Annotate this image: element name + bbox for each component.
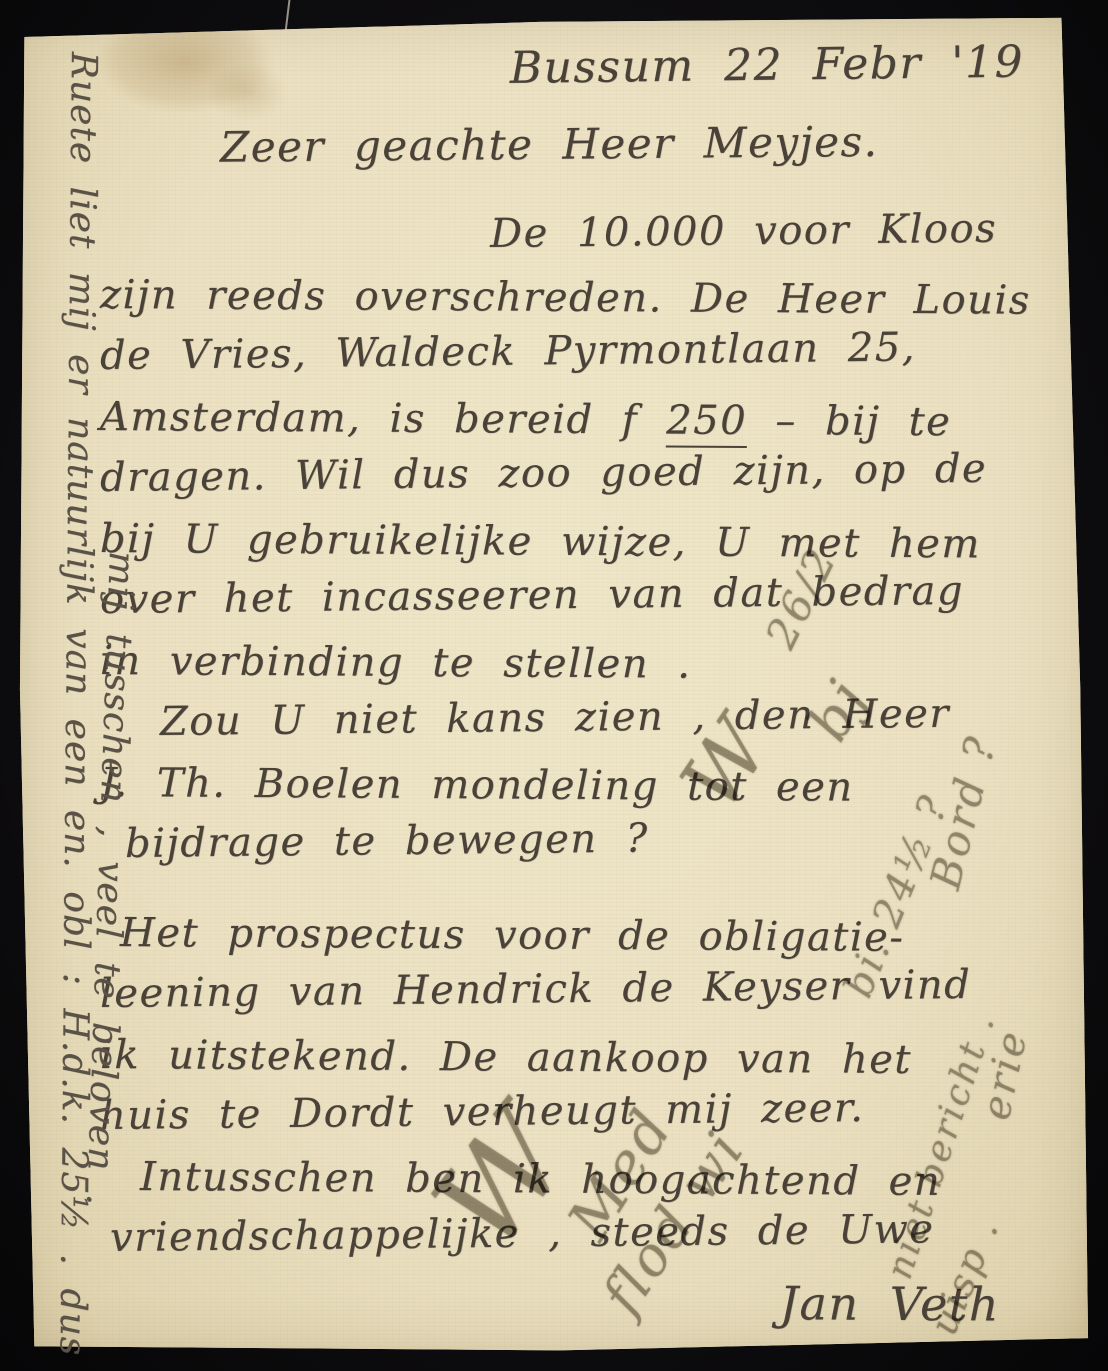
letter-line: huis te Dordt verheugt mij zeer. bbox=[100, 1076, 1061, 1147]
letter-line: leening van Hendrick de Keyser vind bbox=[100, 954, 1061, 1025]
line-text: zijn reeds overschreden. De Heer Louis bbox=[100, 272, 1031, 324]
line-text: De 10.000 voor Kloos bbox=[490, 206, 998, 257]
line-text: Intusschen ben ik hoogachtend en bbox=[140, 1154, 941, 1205]
photo-background: Bussum 22 Febr '19 Zeer geachte Heer Mey… bbox=[0, 0, 1108, 1371]
line-text: J. Th. Boelen mondeling tot een bbox=[100, 760, 854, 811]
letter-content: Bussum 22 Febr '19 Zeer geachte Heer Mey… bbox=[100, 36, 1060, 1330]
letter-line: dragen. Wil dus zoo goed zijn, op de bbox=[100, 438, 1061, 509]
line-text: Het prospectus voor de obligatie- bbox=[120, 910, 905, 961]
line-text: bijdrage te bewegen ? bbox=[125, 816, 649, 867]
line-text: Amsterdam, is bereid f bbox=[100, 394, 667, 443]
line-text: – bij te bbox=[747, 398, 951, 445]
line-text: huis te Dordt verheugt mij zeer. bbox=[100, 1085, 865, 1139]
line-text: vriendschappelijke , steeds de Uwe bbox=[110, 1206, 935, 1261]
letter-line: vriendschappelijke , steeds de Uwe bbox=[110, 1198, 1061, 1269]
salutation-line: Zeer geachte Heer Meyjes. bbox=[220, 110, 1060, 177]
line-text: dragen. Wil dus zoo goed zijn, op de bbox=[100, 446, 988, 501]
letter-line: De 10.000 voor Kloos bbox=[490, 198, 1061, 265]
line-text: over het incasseeren van dat bedrag bbox=[100, 568, 964, 623]
letter-line: over het incasseeren van dat bedrag bbox=[100, 560, 1061, 631]
line-text: Jan Veth bbox=[779, 1276, 1000, 1331]
line-text: bij U gebruikelijke wijze, U met hem bbox=[100, 516, 981, 567]
line-text: leening van Hendrick de Keyser vind bbox=[100, 962, 972, 1017]
line-text: in verbinding te stellen . bbox=[100, 638, 692, 688]
letter-body: De 10.000 voor Klooszijn reeds overschre… bbox=[100, 204, 1060, 1330]
letter-line: Jan Veth bbox=[100, 1269, 1060, 1336]
letter-line: de Vries, Waldeck Pyrmontlaan 25, bbox=[100, 316, 1061, 387]
letter-line: Zou U niet kans zien , den Heer bbox=[160, 683, 1061, 753]
line-text: ik uitstekend. De aankoop van het bbox=[100, 1032, 912, 1083]
letter-line: bijdrage te bewegen ? bbox=[125, 804, 1061, 875]
date-line: Bussum 22 Febr '19 bbox=[100, 30, 1061, 106]
line-text: de Vries, Waldeck Pyrmontlaan 25, bbox=[100, 324, 916, 379]
line-text: Zou U niet kans zien , den Heer bbox=[160, 691, 950, 745]
